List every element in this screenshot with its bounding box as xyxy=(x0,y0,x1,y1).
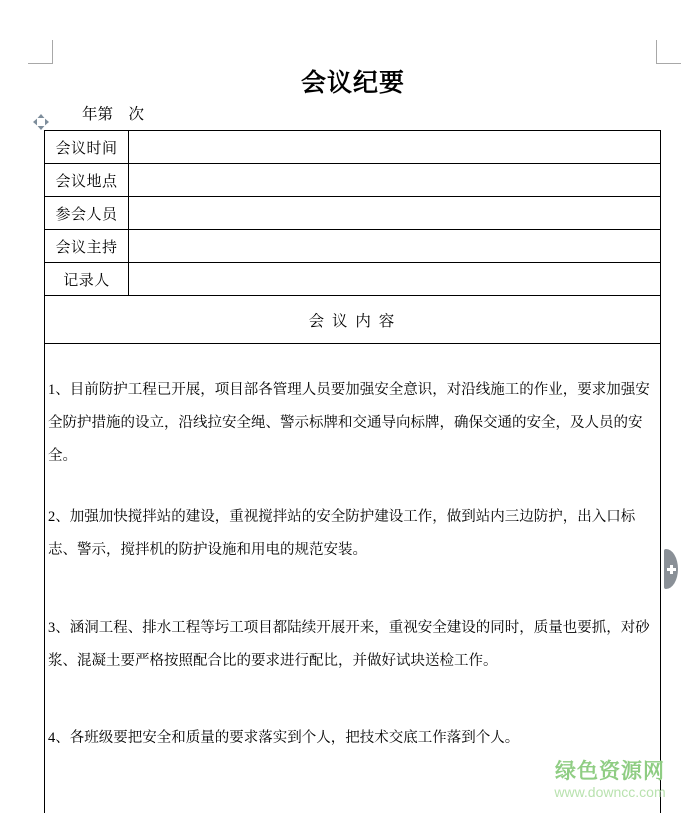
page-margin-corner-mark-top-left xyxy=(28,40,53,64)
page-margin-corner-mark-top-right xyxy=(656,40,681,64)
row-label-meeting-time: 会议时间 xyxy=(45,131,129,163)
watermark-site-url: www.downcc.com xyxy=(545,784,675,800)
table-row: 会议地点 xyxy=(45,164,660,197)
row-label-host: 会议主持 xyxy=(45,230,129,262)
row-value-recorder[interactable] xyxy=(129,263,660,295)
content-paragraph-3: 3、涵洞工程、排水工程等圬工项目都陆续开展开来，重视安全建设的同时，质量也要抓，… xyxy=(48,612,656,678)
meeting-series-line: 年第 次 xyxy=(82,105,144,125)
page-title: 会议纪要 xyxy=(44,68,662,98)
row-value-attendees[interactable] xyxy=(129,197,660,229)
document-page: 会议纪要 年第 次 会议时间 会议地点 参会人员 会议主持 xyxy=(0,0,696,813)
content-paragraph-2: 2、加强加快搅拌站的建设，重视搅拌站的安全防护建设工作，做到站内三边防护，出入口… xyxy=(48,501,656,567)
row-value-host[interactable] xyxy=(129,230,660,262)
row-label-recorder: 记录人 xyxy=(45,263,129,295)
table-row: 记录人 xyxy=(45,263,660,296)
row-value-meeting-place[interactable] xyxy=(129,164,660,196)
table-row: 会议时间 xyxy=(45,131,660,164)
watermark-site-name: 绿色资源网 xyxy=(545,760,675,784)
watermark: 绿色资源网 www.downcc.com xyxy=(545,760,675,800)
table-row: 会议主持 xyxy=(45,230,660,263)
side-handle-button[interactable] xyxy=(664,549,678,589)
meeting-content-body: 1、目前防护工程已开展，项目部各管理人员要加强安全意识，对沿线施工的作业，要求加… xyxy=(45,344,660,813)
row-value-meeting-time[interactable] xyxy=(129,131,660,163)
meeting-minutes-table: 会议时间 会议地点 参会人员 会议主持 记录人 会 议 内 容 1、目前防护工程… xyxy=(44,130,661,813)
content-paragraph-4: 4、各班级要把安全和质量的要求落实到个人，把技术交底工作落到个人。 xyxy=(48,722,656,755)
plus-icon xyxy=(667,565,676,574)
row-label-meeting-place: 会议地点 xyxy=(45,164,129,196)
table-move-handle-icon[interactable] xyxy=(33,114,49,130)
content-paragraph-1: 1、目前防护工程已开展，项目部各管理人员要加强安全意识，对沿线施工的作业，要求加… xyxy=(48,374,656,473)
row-label-attendees: 参会人员 xyxy=(45,197,129,229)
meeting-content-header: 会 议 内 容 xyxy=(45,296,660,344)
table-row: 参会人员 xyxy=(45,197,660,230)
